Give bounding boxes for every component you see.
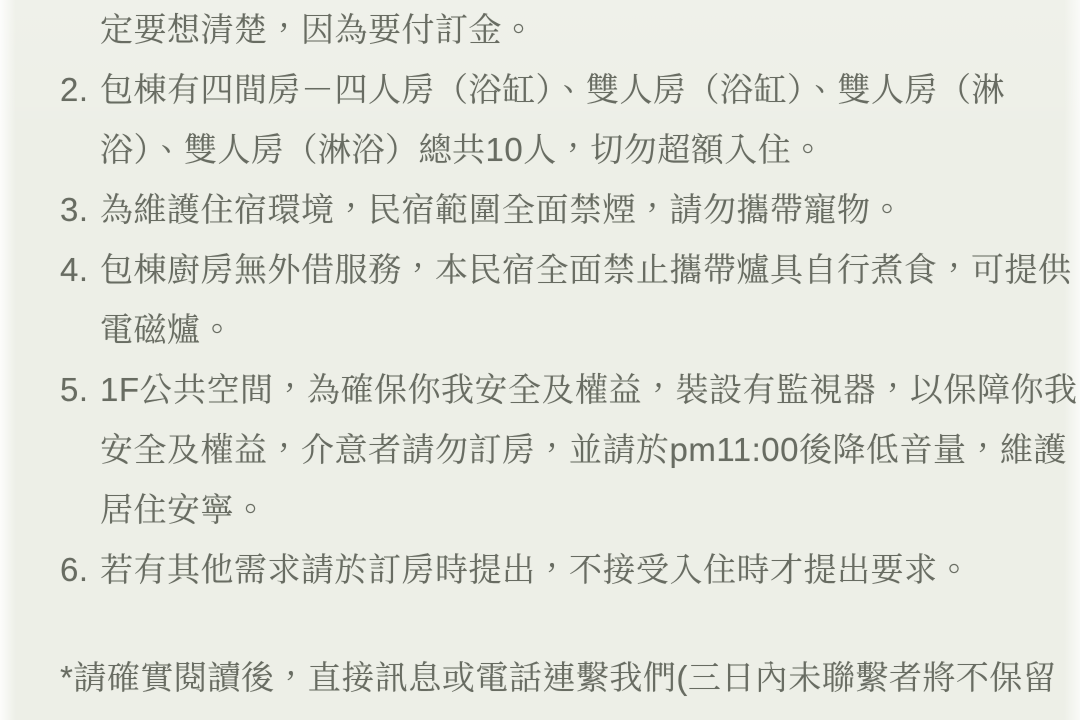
rule-5-line-2: 安全及權益，介意者請勿訂房，並請於pm11:00後降低音量，維護 (60, 420, 1040, 480)
rule-2-line-1: 2. 包棟有四間房－四人房（浴缸）、雙人房（浴缸）、雙人房（淋 (60, 60, 1040, 120)
rule-text: 1F公共空間，為確保你我安全及權益，裝設有監視器，以保障你我 (100, 360, 1078, 420)
rule-text: 為維護住宿環境，民宿範圍全面禁煙，請勿攜帶寵物。 (100, 180, 1040, 240)
rule-text: 若有其他需求請於訂房時提出，不接受入住時才提出要求。 (100, 540, 1040, 600)
rule-number: 5. (60, 360, 100, 420)
rule-text: 電磁爐。 (100, 300, 1040, 360)
rule-6-line-1: 6. 若有其他需求請於訂房時提出，不接受入住時才提出要求。 (60, 540, 1040, 600)
rule-text: 定要想清楚，因為要付訂金。 (100, 0, 1040, 60)
rule-4-line-1: 4. 包棟廚房無外借服務，本民宿全面禁止攜帶爐具自行煮食，可提供 (60, 240, 1040, 300)
house-rules-document: 定要想清楚，因為要付訂金。 2. 包棟有四間房－四人房（浴缸）、雙人房（浴缸）、… (60, 0, 1040, 708)
rule-number: 2. (60, 60, 100, 120)
rule-4-line-2: 電磁爐。 (60, 300, 1040, 360)
rule-1-continuation-line: 定要想清楚，因為要付訂金。 (60, 0, 1040, 60)
rule-2-line-2: 浴）、雙人房（淋浴）總共10人，切勿超額入住。 (60, 120, 1040, 180)
rule-5-line-1: 5. 1F公共空間，為確保你我安全及權益，裝設有監視器，以保障你我 (60, 360, 1040, 420)
rule-text: 浴）、雙人房（淋浴）總共10人，切勿超額入住。 (100, 120, 1040, 180)
rule-text: 包棟廚房無外借服務，本民宿全面禁止攜帶爐具自行煮食，可提供 (100, 240, 1072, 300)
rule-3-line-1: 3. 為維護住宿環境，民宿範圍全面禁煙，請勿攜帶寵物。 (60, 180, 1040, 240)
rule-number: 4. (60, 240, 100, 300)
paragraph-gap (60, 600, 1040, 648)
rule-text: 居住安寧。 (100, 480, 1040, 540)
rule-text: 包棟有四間房－四人房（浴缸）、雙人房（浴缸）、雙人房（淋 (100, 60, 1040, 120)
rule-number: 6. (60, 540, 100, 600)
contact-footnote: *請確實閱讀後，直接訊息或電話連繫我們(三日內未聯繫者將不保留 (60, 648, 1040, 708)
rule-5-line-3: 居住安寧。 (60, 480, 1040, 540)
rule-number: 3. (60, 180, 100, 240)
rule-text: 安全及權益，介意者請勿訂房，並請於pm11:00後降低音量，維護 (100, 420, 1067, 480)
